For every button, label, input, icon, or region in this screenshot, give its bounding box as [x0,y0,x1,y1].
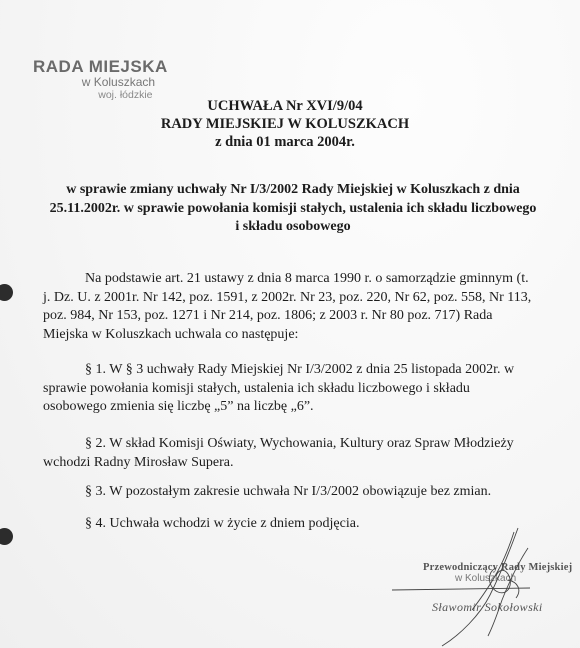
legal-basis-paragraph: Na podstawie art. 21 ustawy z dnia 8 mar… [43,270,533,344]
resolution-date: z dnia 01 marca 2004r. [150,133,420,151]
resolution-subject: w sprawie zmiany uchwały Nr I/3/2002 Rad… [48,181,538,237]
stamp-line-1: RADA MIEJSKA [33,58,168,76]
resolution-title: UCHWAŁA Nr XVI/9/04 [150,97,420,115]
handwritten-signature-icon [390,520,580,648]
paragraph-2: § 2. W skład Komisji Oświaty, Wychowania… [43,435,533,472]
stamp-line-2: w Koluszkach [69,76,168,89]
resolution-header: UCHWAŁA Nr XVI/9/04 RADY MIEJSKIEJ W KOL… [150,97,420,151]
resolution-issuer: RADY MIEJSKIEJ W KOLUSZKACH [150,115,420,133]
punch-hole [0,284,13,301]
council-header-stamp: RADA MIEJSKA w Koluszkach woj. łódzkie [33,58,168,101]
punch-hole [0,528,13,545]
scanned-document-page: RADA MIEJSKA w Koluszkach woj. łódzkie U… [0,0,580,648]
paragraph-1: § 1. W § 3 uchwały Rady Miejskiej Nr I/3… [43,361,533,417]
paragraph-3: § 3. W pozostałym zakresie uchwała Nr I/… [43,483,533,502]
